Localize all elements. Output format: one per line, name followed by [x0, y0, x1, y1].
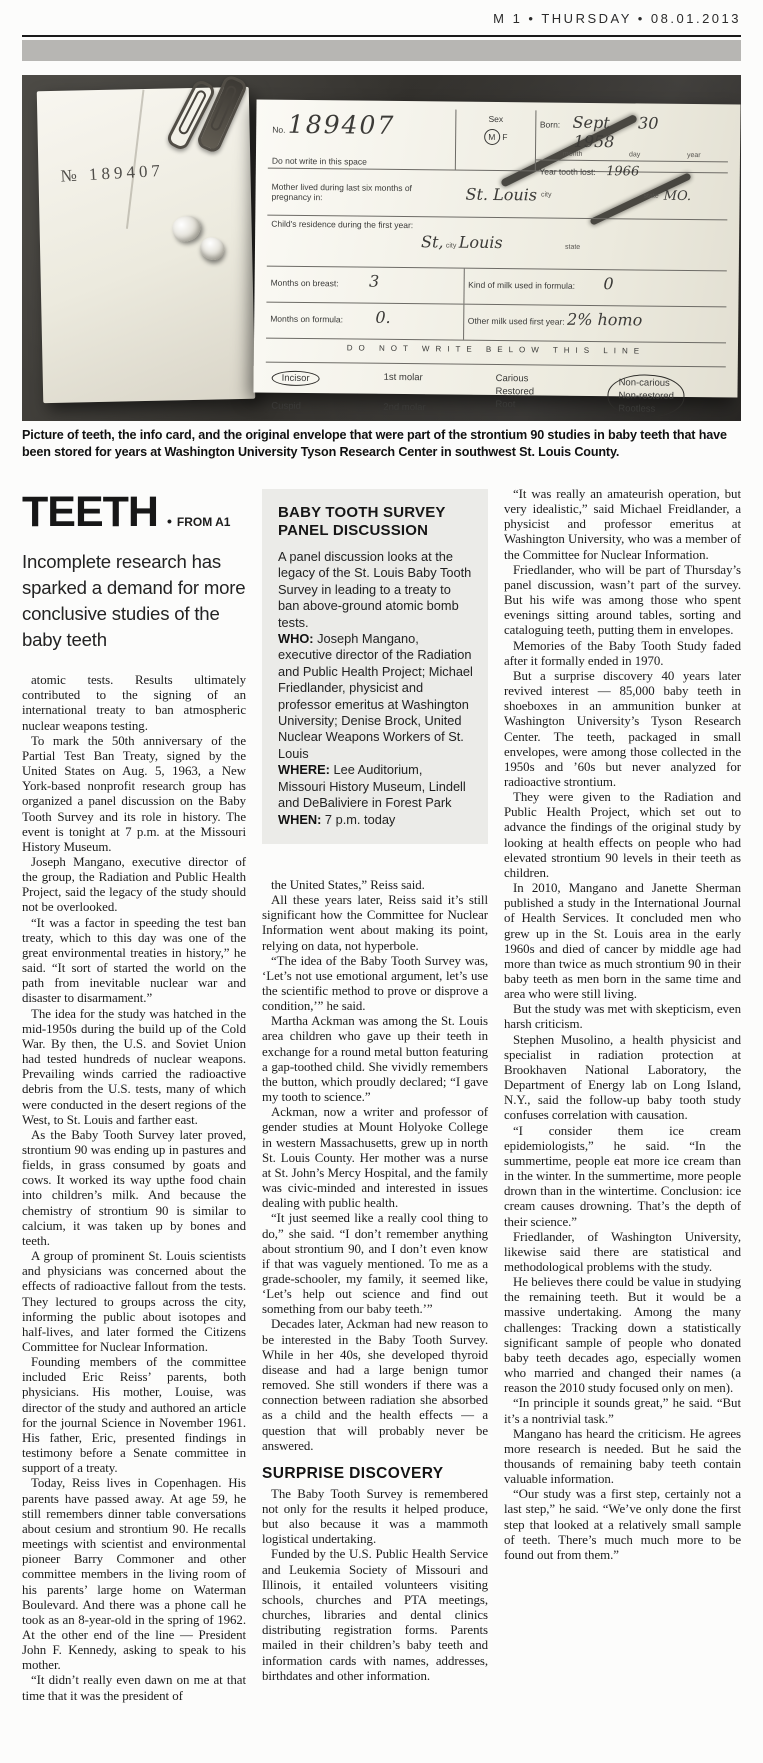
noncarious-label: Non-carious — [619, 377, 675, 389]
paragraph: “The idea of the Baby Tooth Survey was, … — [262, 954, 488, 1015]
paragraph: “It didn’t really even dawn on me at tha… — [22, 1673, 246, 1703]
paragraph: All these years later, Reiss said it’s s… — [262, 893, 488, 954]
card-row-breast-formula: Months on breast: 3 Kind of milk used in… — [266, 267, 726, 308]
baby-tooth — [170, 213, 203, 244]
kind-milk-label: Kind of milk used in formula: — [468, 280, 575, 291]
paragraph: Stephen Musolino, a health physicist and… — [504, 1033, 741, 1124]
card-row-top: No. 189407 Do not write in this space Se… — [268, 108, 729, 174]
second-molar-label: 2nd molar — [383, 402, 425, 413]
paragraph: Today, Reiss lives in Copenhagen. His pa… — [22, 1476, 246, 1673]
month-sublabel: month — [563, 151, 583, 158]
photo-teeth-card-envelope: № 189407 No. 189407 Do not write in this… — [22, 75, 741, 421]
paragraph: The Baby Tooth Survey is remembered not … — [262, 1487, 488, 1548]
card-row-child: Child's residence during the first year:… — [267, 216, 728, 272]
paragraph: “Our study was a first step, certainly n… — [504, 1487, 741, 1563]
rootless-label: Rootless — [618, 403, 674, 415]
city-sublabel: city — [446, 242, 457, 249]
envelope-crease — [126, 90, 145, 229]
child-city-handwritten-a: St, — [421, 232, 444, 251]
panel-box-who: WHO: Joseph Mangano, executive director … — [278, 631, 473, 762]
state-sublabel: state — [643, 192, 658, 199]
paragraph: Founding members of the committee includ… — [22, 1355, 246, 1476]
city-sublabel: city — [541, 191, 552, 198]
noncarious-group-circled: Non-carious Non-restored Rootless — [607, 374, 685, 418]
column-1-text: atomic tests. Results ultimately contrib… — [22, 673, 246, 1704]
paragraph: Friedlander, who will be part of Thursda… — [504, 563, 741, 639]
card-tooth-type-grid: Incisor Cuspid 1st molar 2nd molar Cario… — [265, 363, 726, 419]
article-deck: Incomplete research has sparked a demand… — [22, 549, 246, 653]
from-a1-kicker: •FROM A1 — [167, 513, 230, 529]
article-body: TEETH •FROM A1 Incomplete research has s… — [22, 487, 741, 1704]
cuspid-label: Cuspid — [271, 401, 301, 412]
paragraph: “It was a factor in speeding the test ba… — [22, 916, 246, 1007]
paragraph: Martha Ackman was among the St. Louis ar… — [262, 1014, 488, 1105]
paragraph: As the Baby Tooth Survey later proved, s… — [22, 1128, 246, 1249]
months-breast-label: Months on breast: — [271, 278, 339, 289]
day-sublabel: day — [629, 151, 640, 158]
kind-milk-handwritten: 0 — [603, 274, 613, 293]
paragraph: “In principle it sounds great,” he said.… — [504, 1396, 741, 1426]
panel-box-when: WHEN: 7 p.m. today — [278, 812, 473, 828]
article-column-2: BABY TOOTH SURVEY PANEL DISCUSSION A pan… — [262, 487, 488, 1704]
restored-label: Restored — [495, 386, 534, 397]
paragraph: In 2010, Mangano and Janette Sherman pub… — [504, 881, 741, 1002]
paragraph: Ackman, now a writer and professor of ge… — [262, 1105, 488, 1211]
no-value-handwritten: 189407 — [288, 110, 396, 140]
paragraph: the United States,” Reiss said. — [262, 878, 488, 893]
masthead-rule — [22, 35, 741, 37]
born-year-handwritten: 1958 — [574, 132, 615, 151]
envelope-number: № 189407 — [60, 161, 164, 187]
section-bar — [22, 40, 741, 61]
paragraph: atomic tests. Results ultimately contrib… — [22, 673, 246, 734]
other-milk-handwritten: 2% homo — [567, 310, 642, 330]
paragraph: Funded by the U.S. Public Health Service… — [262, 1547, 488, 1683]
sex-female: F — [502, 132, 507, 142]
paragraph: Decades later, Ackman had new reason to … — [262, 1317, 488, 1453]
paragraph: He believes there could be value in stud… — [504, 1275, 741, 1396]
article-column-3: “It was really an amateurish operation, … — [504, 487, 741, 1704]
year-sublabel: year — [687, 152, 701, 159]
root-label: Root — [495, 399, 515, 410]
state-sublabel: state — [565, 244, 580, 251]
panel-box-where: WHERE: Lee Auditorium, Missouri History … — [278, 762, 473, 811]
panel-discussion-box: BABY TOOTH SURVEY PANEL DISCUSSION A pan… — [262, 489, 488, 844]
mother-label: Mother lived during last six months of p… — [271, 182, 451, 204]
first-molar-label: 1st molar — [384, 372, 423, 383]
paragraph: But a surprise discovery 40 years later … — [504, 669, 741, 790]
paragraph: “It was really an amateurish operation, … — [504, 487, 741, 563]
article-column-1: TEETH •FROM A1 Incomplete research has s… — [22, 487, 246, 1704]
masthead: M 1 • THURSDAY • 08.01.2013 — [22, 11, 741, 26]
paragraph: “I consider them ice cream epidemiologis… — [504, 1124, 741, 1230]
sex-male-circled: M — [484, 129, 500, 145]
mother-city-handwritten: St. Louis — [465, 184, 537, 204]
do-not-write-label: Do not write in this space — [272, 156, 451, 168]
child-city-handwritten-b: Louis — [459, 233, 503, 252]
incisor-circled: Incisor — [272, 371, 320, 387]
paragraph: “It just seemed like a really cool thing… — [262, 1211, 488, 1317]
paragraph: Mangano has heard the criticism. He agre… — [504, 1427, 741, 1488]
paragraph: Friedlander, of Washington University, l… — [504, 1230, 741, 1275]
paragraph: To mark the 50th anniversary of the Part… — [22, 734, 246, 855]
card-row-mother: Mother lived during last six months of p… — [267, 169, 727, 221]
baby-tooth — [197, 234, 227, 263]
bullet-icon: • — [167, 513, 172, 529]
child-residence-label: Child's residence during the first year: — [271, 219, 413, 230]
article-headline: TEETH — [22, 491, 158, 534]
panel-box-title: BABY TOOTH SURVEY PANEL DISCUSSION — [278, 504, 473, 540]
paragraph: A group of prominent St. Louis scientist… — [22, 1249, 246, 1355]
paragraph: They were given to the Radiation and Pub… — [504, 790, 741, 881]
born-day-handwritten: 30 — [638, 113, 659, 132]
paragraph: Memories of the Baby Tooth Study faded a… — [504, 639, 741, 669]
born-label: Born: — [540, 119, 560, 129]
panel-box-intro: A panel discussion looks at the legacy o… — [278, 549, 473, 631]
months-formula-handwritten: 0. — [375, 308, 390, 327]
column-2-text: the United States,” Reiss said.All these… — [262, 878, 488, 1454]
surprise-discovery-subhead: SURPRISE DISCOVERY — [262, 1465, 488, 1483]
months-breast-handwritten: 3 — [369, 272, 379, 291]
paragraph: The idea for the study was hatched in th… — [22, 1007, 246, 1128]
photo-caption: Picture of teeth, the info card, and the… — [22, 427, 741, 460]
card-row-formula-other: Months on formula: 0. Other milk used fi… — [266, 303, 726, 344]
column-2-text-after-subhead: The Baby Tooth Survey is remembered not … — [262, 1487, 488, 1684]
sex-label: Sex — [457, 114, 535, 125]
nonrestored-label: Non-restored — [618, 390, 674, 402]
other-milk-label: Other milk used first year: — [468, 316, 565, 327]
paragraph: Joseph Mangano, executive director of th… — [22, 855, 246, 916]
months-formula-label: Months on formula: — [270, 314, 343, 325]
paragraph: But the study was met with skepticism, e… — [504, 1002, 741, 1032]
carious-label: Carious — [496, 373, 529, 384]
no-label: No. — [272, 125, 285, 135]
info-card: No. 189407 Do not write in this space Se… — [253, 99, 740, 397]
column-3-text: “It was really an amateurish operation, … — [504, 487, 741, 1563]
mother-state-handwritten: MO. — [664, 188, 691, 203]
born-month-handwritten: Sept — [573, 113, 610, 132]
